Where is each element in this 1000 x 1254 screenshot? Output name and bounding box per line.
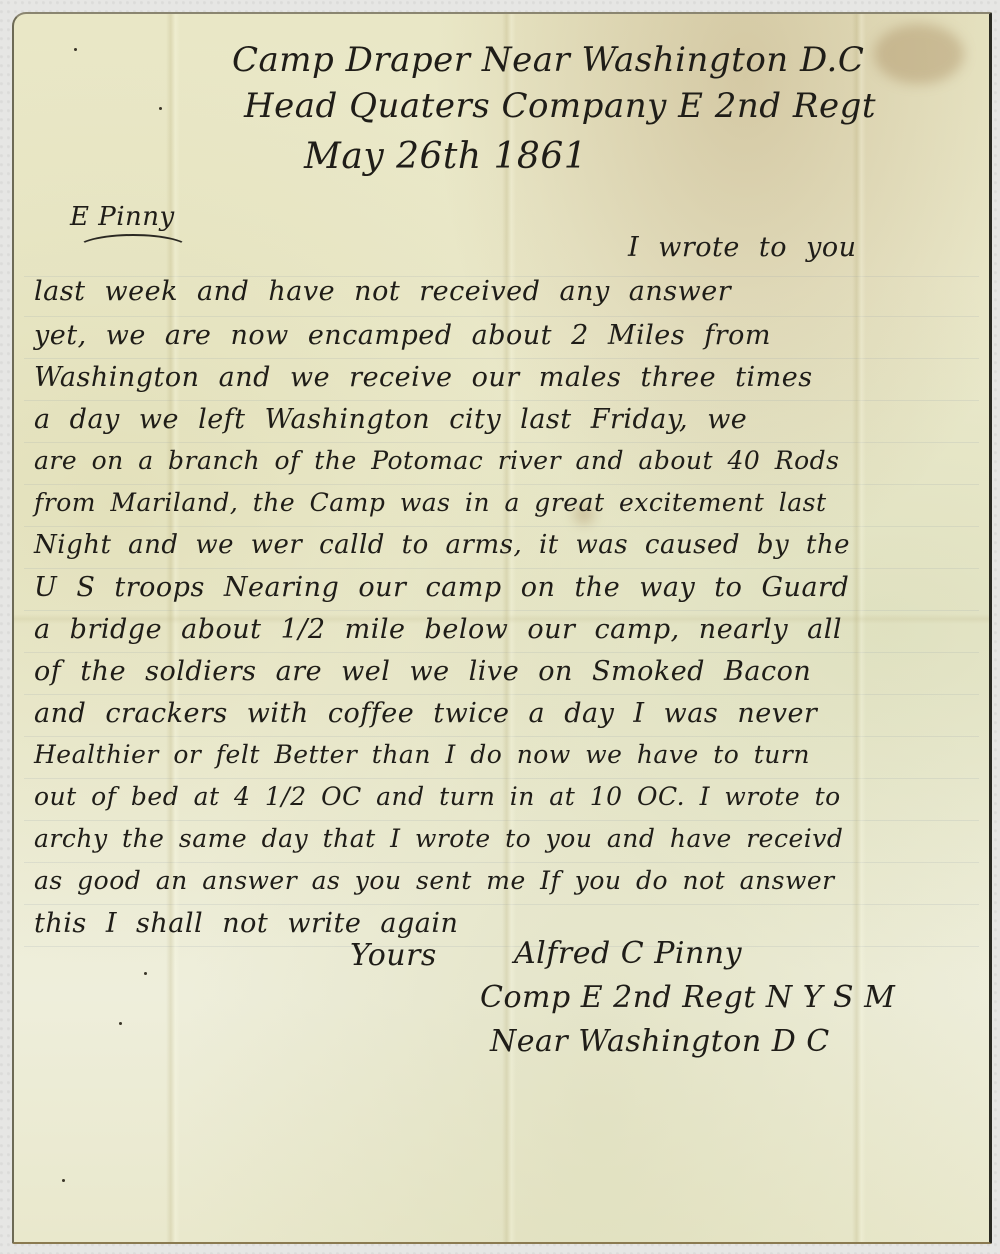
closing: Yours (350, 938, 437, 973)
stain (874, 24, 964, 84)
signature-unit: Comp E 2nd Regt N Y S M (480, 980, 895, 1015)
speck (119, 1022, 122, 1025)
body-line: from Mariland, the Camp was in a great e… (34, 488, 827, 517)
speck (62, 1179, 65, 1182)
body-line: out of bed at 4 1/2 OC and turn in at 10… (34, 782, 841, 811)
body-line: archy the same day that I wrote to you a… (34, 824, 843, 853)
body-line: U S troops Nearing our camp on the way t… (34, 572, 849, 603)
signature-name: Alfred C Pinny (514, 936, 742, 971)
body-line: as good an answer as you sent me If you … (34, 866, 835, 895)
body-line: a bridge about 1/2 mile below our camp, … (34, 614, 842, 645)
body-line: Healthier or felt Better than I do now w… (34, 740, 810, 769)
speck (74, 48, 77, 51)
letter-paper: Camp Draper Near Washington D.C Head Qua… (12, 12, 992, 1244)
body-line: last week and have not received any answ… (34, 276, 731, 307)
signature-location: Near Washington D C (490, 1024, 830, 1059)
body-line: are on a branch of the Potomac river and… (34, 446, 839, 475)
body-line: Washington and we receive our males thre… (34, 362, 813, 393)
body-line: and crackers with coffee twice a day I w… (34, 698, 817, 729)
speck (144, 972, 147, 975)
heading-company: Head Quaters Company E 2nd Regt (244, 86, 876, 126)
heading-date: May 26th 1861 (304, 136, 587, 177)
speck (159, 107, 162, 110)
body-line: Night and we wer calld to arms, it was c… (34, 530, 850, 560)
heading-location: Camp Draper Near Washington D.C (232, 40, 864, 80)
body-line: a day we left Washington city last Frida… (34, 404, 747, 435)
body-line: yet, we are now encamped about 2 Miles f… (34, 320, 771, 351)
fold-line (852, 14, 866, 1242)
salutation-flourish (76, 234, 190, 264)
body-line: of the soldiers are wel we live on Smoke… (34, 656, 811, 687)
salutation: E Pinny (70, 202, 175, 232)
body-line: I wrote to you (628, 232, 857, 263)
body-line: this I shall not write again (34, 908, 458, 939)
